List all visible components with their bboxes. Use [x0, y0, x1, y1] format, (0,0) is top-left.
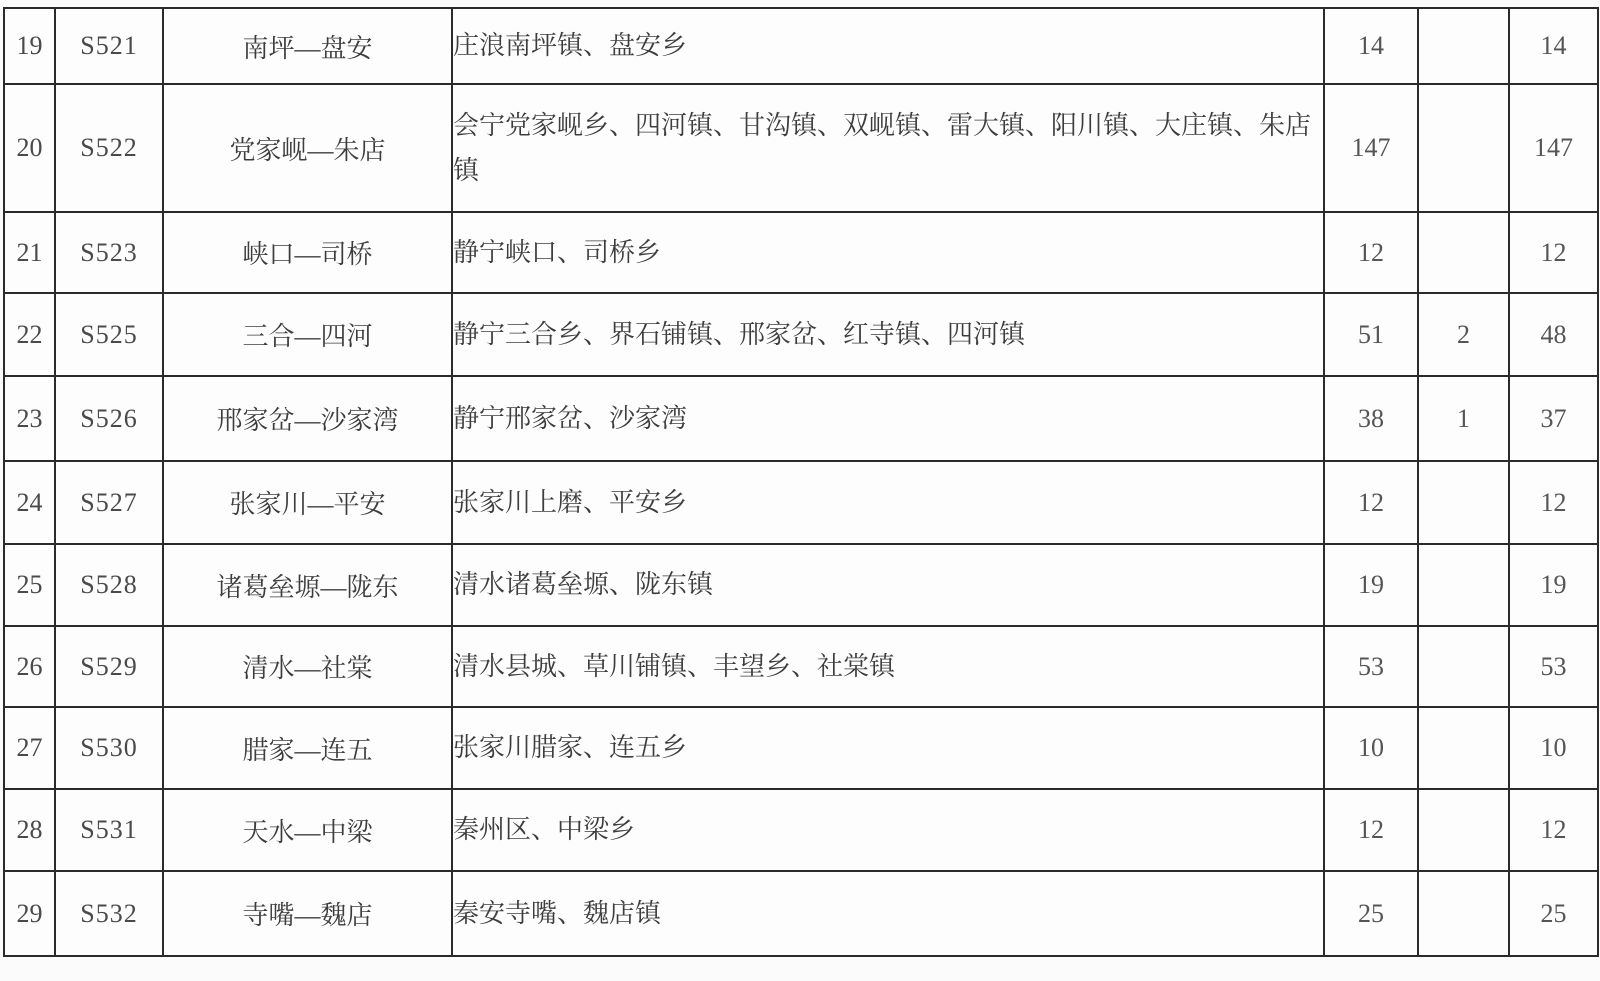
- table-row: 29 S532 寺嘴—魏店 秦安寺嘴、魏店镇 25 25: [4, 871, 1598, 956]
- route-name-cell: 诸葛垒塬—陇东: [163, 544, 452, 626]
- places-cell: 秦安寺嘴、魏店镇: [452, 871, 1324, 956]
- route-code-cell: S529: [55, 626, 163, 707]
- value2-cell: [1418, 84, 1509, 212]
- row-index-cell: 24: [4, 461, 55, 544]
- route-code-cell: S528: [55, 544, 163, 626]
- table-row: 20 S522 党家岘—朱店 会宁党家岘乡、四河镇、甘沟镇、双岘镇、雷大镇、阳川…: [4, 84, 1598, 212]
- row-index-cell: 25: [4, 544, 55, 626]
- places-cell: 清水县城、草川铺镇、丰望乡、社棠镇: [452, 626, 1324, 707]
- value3-cell: 48: [1509, 293, 1598, 376]
- route-code-cell: S521: [55, 8, 163, 84]
- route-code-cell: S530: [55, 707, 163, 789]
- value3-cell: 12: [1509, 461, 1598, 544]
- table-row: 28 S531 天水—中梁 秦州区、中梁乡 12 12: [4, 789, 1598, 871]
- value1-cell: 14: [1324, 8, 1418, 84]
- route-code-cell: S522: [55, 84, 163, 212]
- value1-cell: 147: [1324, 84, 1418, 212]
- places-cell: 会宁党家岘乡、四河镇、甘沟镇、双岘镇、雷大镇、阳川镇、大庄镇、朱店镇: [452, 84, 1324, 212]
- places-cell: 静宁邢家岔、沙家湾: [452, 376, 1324, 461]
- route-name-cell: 邢家岔—沙家湾: [163, 376, 452, 461]
- route-code-cell: S523: [55, 212, 163, 293]
- route-name-cell: 天水—中梁: [163, 789, 452, 871]
- table-row: 25 S528 诸葛垒塬—陇东 清水诸葛垒塬、陇东镇 19 19: [4, 544, 1598, 626]
- row-index-cell: 26: [4, 626, 55, 707]
- route-name-cell: 三合—四河: [163, 293, 452, 376]
- value2-cell: 2: [1418, 293, 1509, 376]
- route-code-cell: S526: [55, 376, 163, 461]
- value3-cell: 19: [1509, 544, 1598, 626]
- row-index-cell: 29: [4, 871, 55, 956]
- row-index-cell: 28: [4, 789, 55, 871]
- route-code-cell: S527: [55, 461, 163, 544]
- table-row: 27 S530 腊家—连五 张家川腊家、连五乡 10 10: [4, 707, 1598, 789]
- roads-table: 19 S521 南坪—盘安 庄浪南坪镇、盘安乡 14 14 20 S522 党家…: [3, 7, 1599, 957]
- value2-cell: [1418, 212, 1509, 293]
- value1-cell: 25: [1324, 871, 1418, 956]
- value2-cell: [1418, 707, 1509, 789]
- route-code-cell: S531: [55, 789, 163, 871]
- route-name-cell: 党家岘—朱店: [163, 84, 452, 212]
- table-row: 23 S526 邢家岔—沙家湾 静宁邢家岔、沙家湾 38 1 37: [4, 376, 1598, 461]
- value3-cell: 12: [1509, 212, 1598, 293]
- value1-cell: 19: [1324, 544, 1418, 626]
- table-row: 24 S527 张家川—平安 张家川上磨、平安乡 12 12: [4, 461, 1598, 544]
- value2-cell: [1418, 544, 1509, 626]
- row-index-cell: 19: [4, 8, 55, 84]
- route-code-cell: S525: [55, 293, 163, 376]
- row-index-cell: 21: [4, 212, 55, 293]
- places-cell: 秦州区、中梁乡: [452, 789, 1324, 871]
- route-name-cell: 张家川—平安: [163, 461, 452, 544]
- value1-cell: 38: [1324, 376, 1418, 461]
- places-cell: 张家川上磨、平安乡: [452, 461, 1324, 544]
- value3-cell: 37: [1509, 376, 1598, 461]
- route-name-cell: 腊家—连五: [163, 707, 452, 789]
- document-page: 19 S521 南坪—盘安 庄浪南坪镇、盘安乡 14 14 20 S522 党家…: [0, 0, 1600, 981]
- table-row: 19 S521 南坪—盘安 庄浪南坪镇、盘安乡 14 14: [4, 8, 1598, 84]
- row-index-cell: 27: [4, 707, 55, 789]
- value1-cell: 51: [1324, 293, 1418, 376]
- route-code-cell: S532: [55, 871, 163, 956]
- places-cell: 清水诸葛垒塬、陇东镇: [452, 544, 1324, 626]
- row-index-cell: 22: [4, 293, 55, 376]
- row-index-cell: 23: [4, 376, 55, 461]
- route-name-cell: 峡口—司桥: [163, 212, 452, 293]
- value1-cell: 53: [1324, 626, 1418, 707]
- table-row: 21 S523 峡口—司桥 静宁峡口、司桥乡 12 12: [4, 212, 1598, 293]
- places-cell: 张家川腊家、连五乡: [452, 707, 1324, 789]
- places-cell: 静宁峡口、司桥乡: [452, 212, 1324, 293]
- places-cell: 庄浪南坪镇、盘安乡: [452, 8, 1324, 84]
- value3-cell: 10: [1509, 707, 1598, 789]
- route-name-cell: 南坪—盘安: [163, 8, 452, 84]
- value2-cell: 1: [1418, 376, 1509, 461]
- value2-cell: [1418, 626, 1509, 707]
- value2-cell: [1418, 789, 1509, 871]
- value1-cell: 12: [1324, 212, 1418, 293]
- value2-cell: [1418, 8, 1509, 84]
- route-name-cell: 寺嘴—魏店: [163, 871, 452, 956]
- table-row: 26 S529 清水—社棠 清水县城、草川铺镇、丰望乡、社棠镇 53 53: [4, 626, 1598, 707]
- value3-cell: 14: [1509, 8, 1598, 84]
- value1-cell: 10: [1324, 707, 1418, 789]
- value3-cell: 53: [1509, 626, 1598, 707]
- value2-cell: [1418, 871, 1509, 956]
- value1-cell: 12: [1324, 789, 1418, 871]
- table-row: 22 S525 三合—四河 静宁三合乡、界石铺镇、邢家岔、红寺镇、四河镇 51 …: [4, 293, 1598, 376]
- value1-cell: 12: [1324, 461, 1418, 544]
- value2-cell: [1418, 461, 1509, 544]
- places-cell: 静宁三合乡、界石铺镇、邢家岔、红寺镇、四河镇: [452, 293, 1324, 376]
- route-name-cell: 清水—社棠: [163, 626, 452, 707]
- value3-cell: 25: [1509, 871, 1598, 956]
- value3-cell: 12: [1509, 789, 1598, 871]
- value3-cell: 147: [1509, 84, 1598, 212]
- row-index-cell: 20: [4, 84, 55, 212]
